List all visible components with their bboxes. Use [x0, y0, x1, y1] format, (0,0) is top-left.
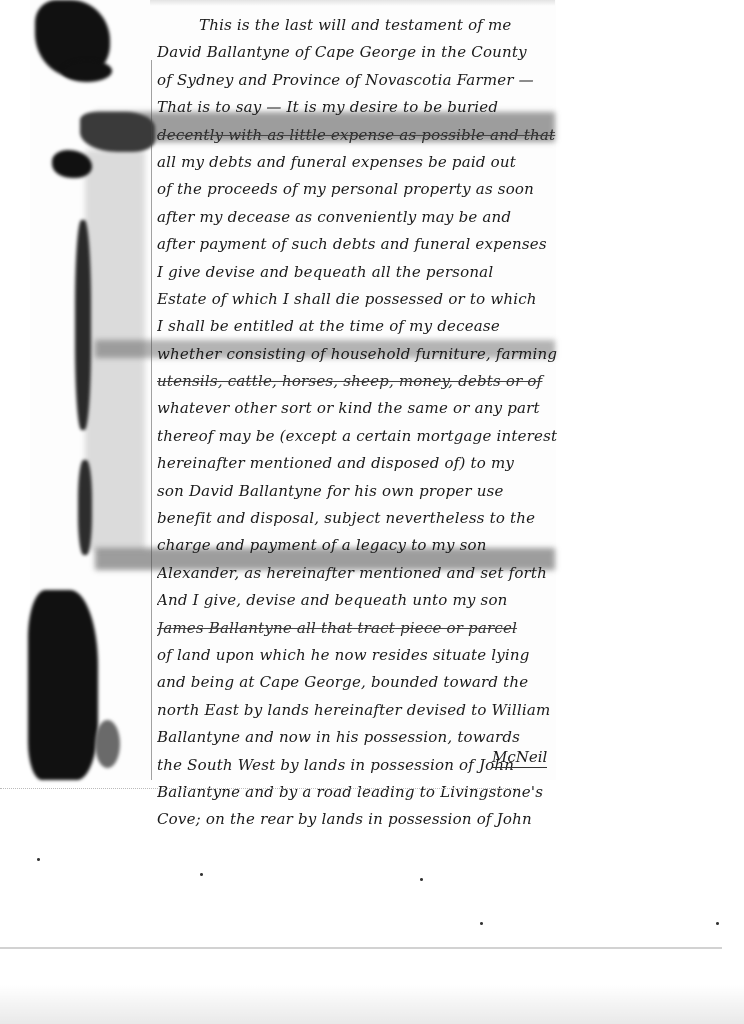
torn-edge-stain — [28, 590, 98, 780]
torn-edge-stain — [62, 60, 112, 82]
catchword: McNeil — [492, 748, 547, 768]
dust-speck — [716, 922, 719, 925]
text-line: of land upon which he now resides situat… — [157, 642, 557, 669]
text-line: I give devise and bequeath all the perso… — [157, 259, 557, 286]
dust-speck — [420, 878, 423, 881]
text-line: whether consisting of household furnitur… — [157, 341, 557, 368]
text-line: north East by lands hereinafter devised … — [157, 697, 557, 724]
scanned-page: This is the last will and testament of m… — [0, 0, 744, 1024]
text-line: after payment of such debts and funeral … — [157, 231, 557, 258]
text-line: charge and payment of a legacy to my son — [157, 532, 557, 559]
text-line: This is the last will and testament of m… — [157, 12, 557, 39]
torn-edge-stain — [80, 112, 155, 152]
text-line-damaged: decently with as little expense as possi… — [157, 122, 557, 149]
text-line: And I give, devise and bequeath unto my … — [157, 587, 557, 614]
text-line: Alexander, as hereinafter mentioned and … — [157, 560, 557, 587]
text-line: of Sydney and Province of Novascotia Far… — [157, 67, 557, 94]
dust-speck — [480, 922, 483, 925]
text-line: hereinafter mentioned and disposed of) t… — [157, 450, 557, 477]
paper-top-edge — [150, 0, 555, 6]
text-line: thereof may be (except a certain mortgag… — [157, 423, 557, 450]
torn-edge-stain — [75, 220, 91, 430]
text-line-damaged: James Ballantyne all that tract piece or… — [157, 615, 557, 642]
dust-speck — [37, 858, 40, 861]
text-line: benefit and disposal, subject neverthele… — [157, 505, 557, 532]
ink-blot — [95, 720, 120, 768]
torn-edge-stain — [78, 460, 92, 555]
dust-speck — [200, 873, 203, 876]
text-line: after my decease as conveniently may be … — [157, 204, 557, 231]
will-text: This is the last will and testament of m… — [157, 12, 557, 834]
text-line: of the proceeds of my personal property … — [157, 176, 557, 203]
margin-line — [151, 60, 152, 780]
text-line: son David Ballantyne for his own proper … — [157, 478, 557, 505]
text-line: I shall be entitled at the time of my de… — [157, 313, 557, 340]
scanner-shadow — [0, 985, 744, 1024]
text-line: Estate of which I shall die possessed or… — [157, 286, 557, 313]
fold-line — [0, 947, 722, 949]
text-line-damaged: utensils, cattle, horses, sheep, money, … — [157, 368, 557, 395]
text-line: Cove; on the rear by lands in possession… — [157, 806, 557, 833]
text-line: and being at Cape George, bounded toward… — [157, 669, 557, 696]
text-line: whatever other sort or kind the same or … — [157, 395, 557, 422]
scan-edge-dots — [0, 788, 520, 790]
text-line: all my debts and funeral expenses be pai… — [157, 149, 557, 176]
text-line: That is to say — It is my desire to be b… — [157, 94, 557, 121]
text-line: Ballantyne and by a road leading to Livi… — [157, 779, 557, 806]
text-line: David Ballantyne of Cape George in the C… — [157, 39, 557, 66]
